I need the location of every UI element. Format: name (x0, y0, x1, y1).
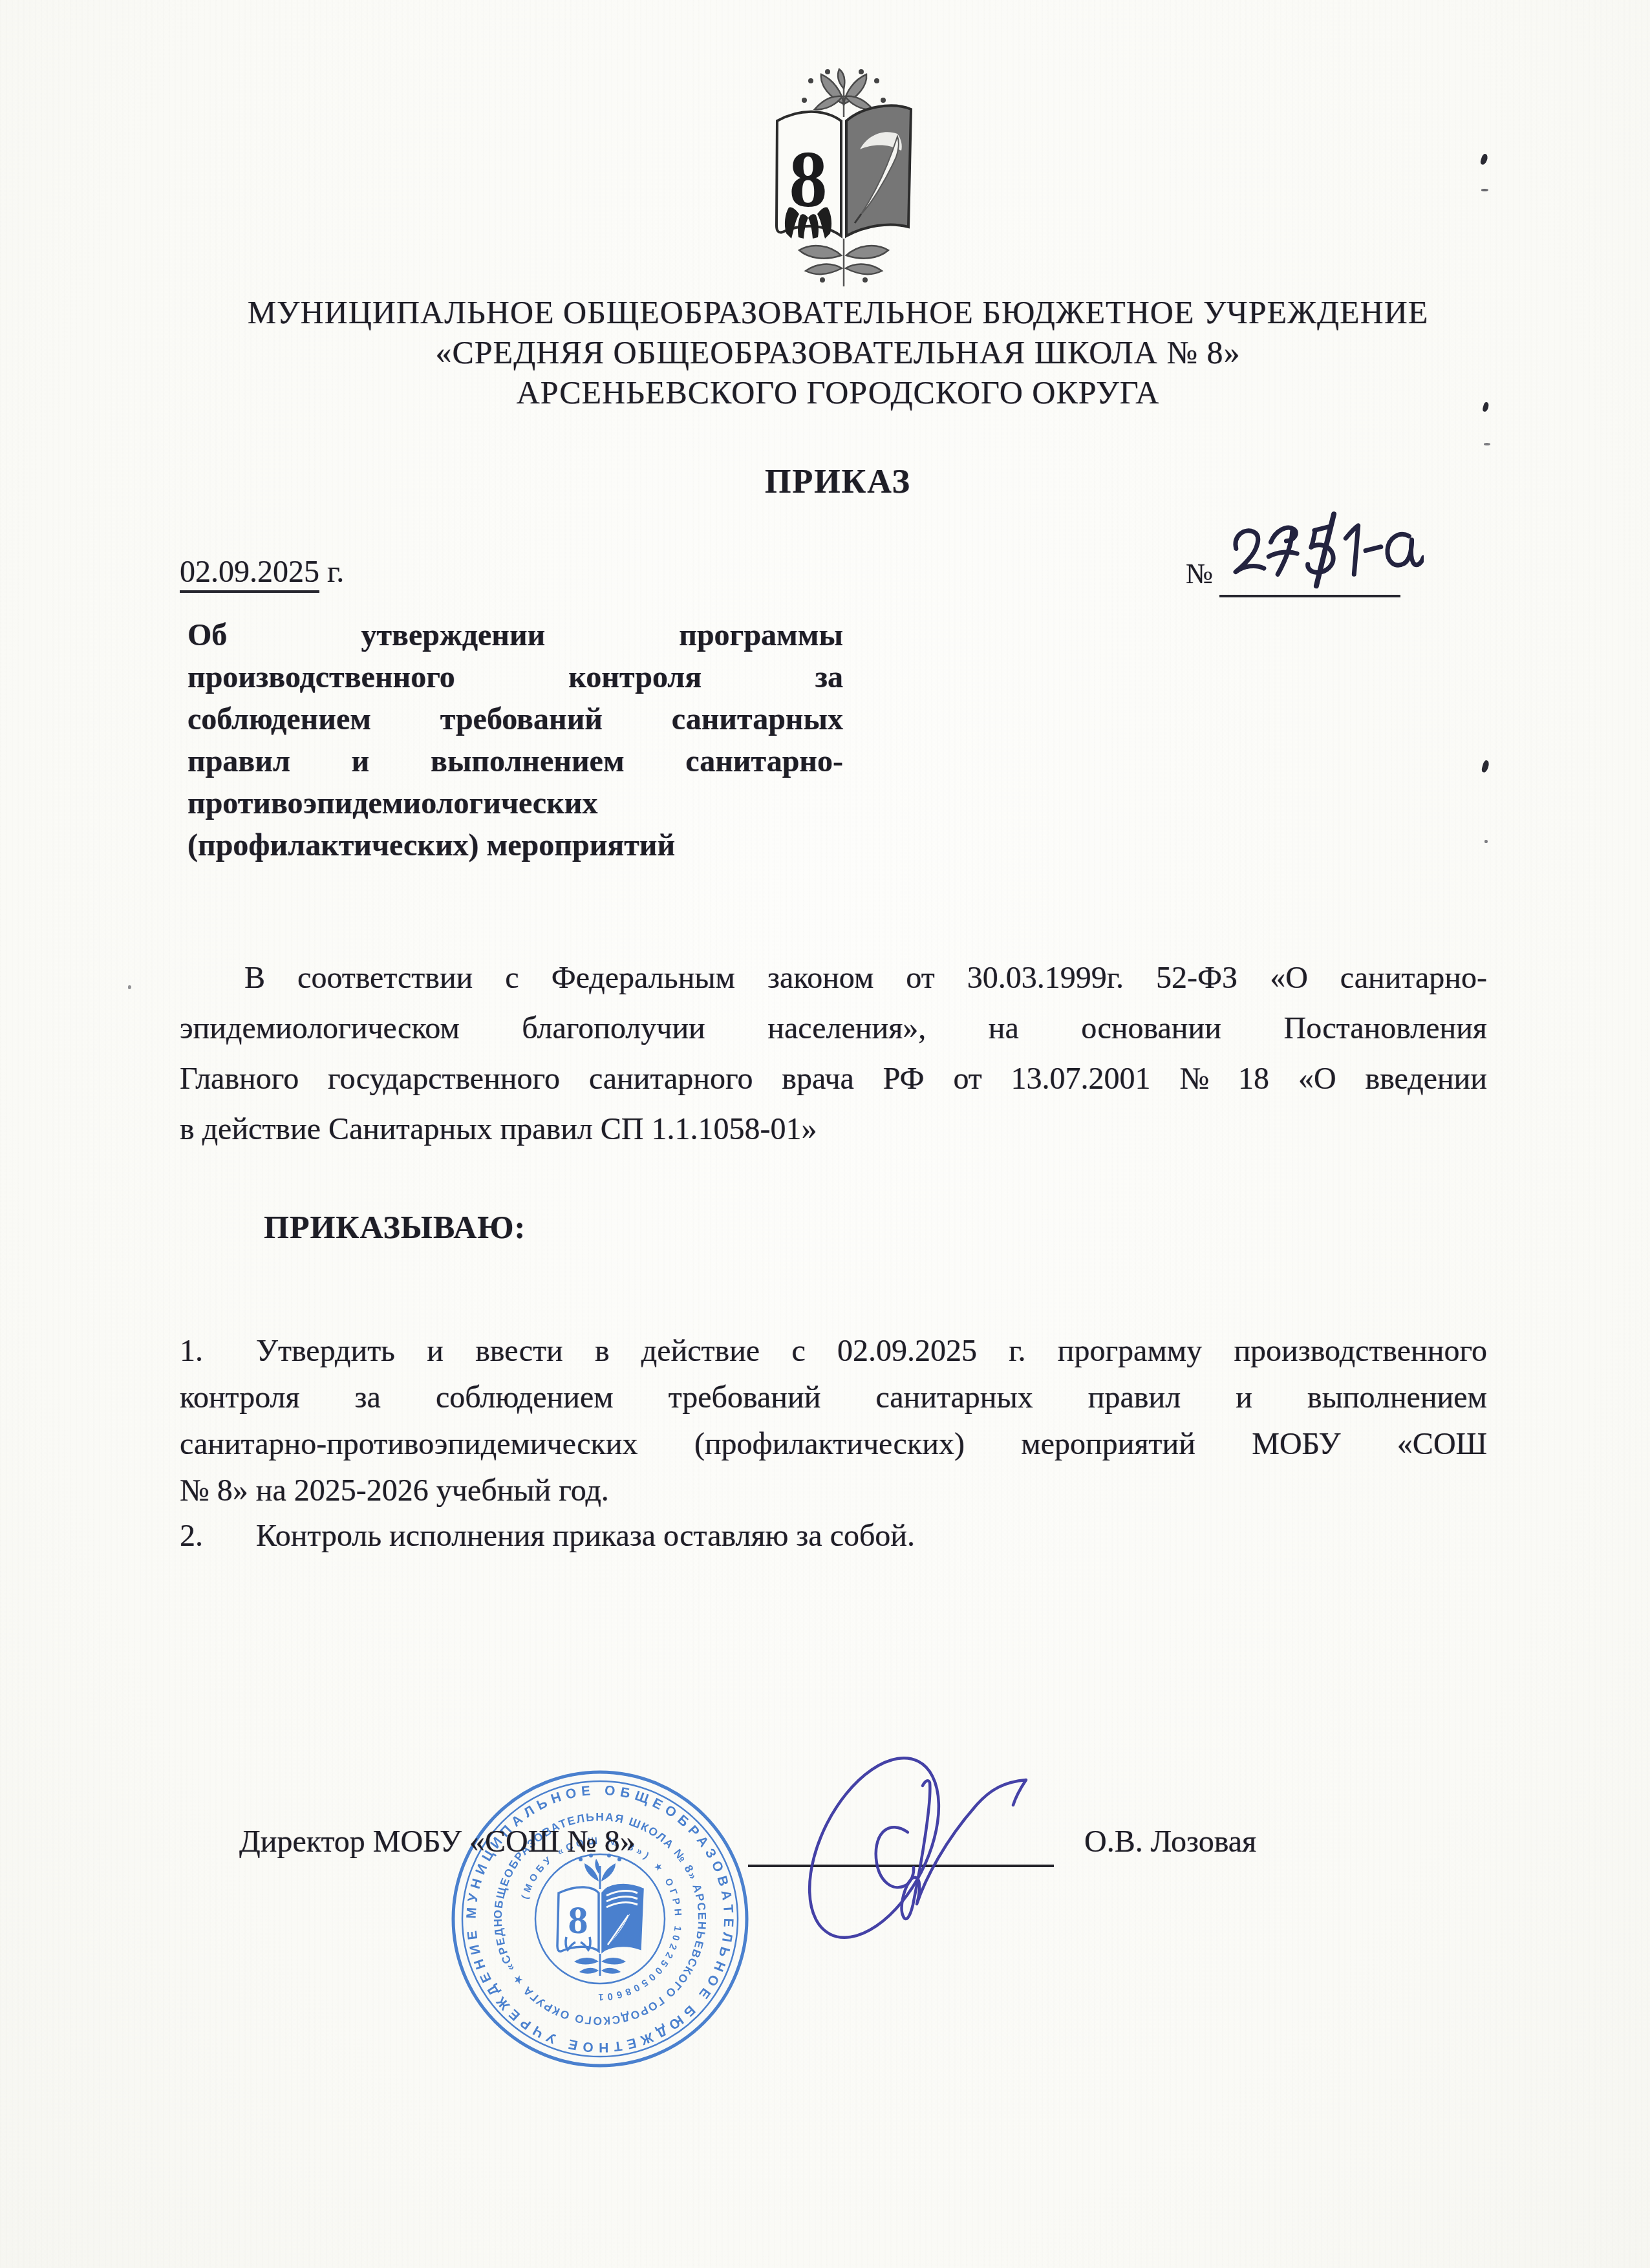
scan-speck (1481, 189, 1488, 191)
subject-block: Обутверждениипрограммыпроизводственногок… (187, 614, 843, 866)
doc-type-title: ПРИКАЗ (13, 462, 1650, 503)
document-page: 8 МУНИЦИПАЛЬНОЕ ОБЩЕОБРАЗОВАТЕЛЬНОЕ БЮДЖ… (0, 0, 1650, 2268)
text-line: контролязасоблюдениемтребованийсанитарны… (180, 1375, 1487, 1421)
org-name-line-2: «СРЕДНЯЯ ОБЩЕОБРАЗОВАТЕЛЬНАЯ ШКОЛА № 8» (13, 332, 1650, 372)
scan-speck (1484, 443, 1490, 445)
signature-position: Директор МОБУ «СОШ № 8» (239, 1822, 636, 1862)
order-item-1: 1.Утвердитьиввестивдействиес02.09.2025г.… (180, 1328, 1487, 1514)
text-line: в действие Санитарных правил СП 1.1.1058… (180, 1104, 1487, 1155)
org-name-line-1: МУНИЦИПАЛЬНОЕ ОБЩЕОБРАЗОВАТЕЛЬНОЕ БЮДЖЕТ… (13, 292, 1650, 332)
text-line: эпидемиологическомблагополучиинаселения»… (180, 1003, 1487, 1054)
signature-name: О.В. Лозовая (1084, 1822, 1256, 1862)
stamp-center-number: 8 (568, 1898, 588, 1942)
text-line: Обутверждениипрограммы (187, 614, 843, 656)
text-line: № 8» на 2025-2026 учебный год. (180, 1468, 1487, 1514)
scan-speck (1480, 153, 1489, 166)
text-line: (профилактических) мероприятий (187, 824, 843, 866)
order-date-suffix: г. (319, 555, 344, 589)
round-stamp-icon: МУНИЦИПАЛЬНОЕ ОБЩЕОБРАЗОВАТЕЛЬНОЕ БЮДЖЕТ… (445, 1764, 755, 2074)
signature-ink-icon (776, 1743, 1041, 1956)
text-line: соблюдениемтребованийсанитарных (187, 698, 843, 740)
text-line: 2.Контроль исполнения приказа оставляю з… (180, 1513, 1487, 1559)
order-date-value: 02.09.2025 (180, 555, 319, 593)
text-line: ВсоответствиисФедеральнымзакономот30.03.… (180, 953, 1487, 1003)
resolution-word: ПРИКАЗЫВАЮ: (264, 1206, 526, 1248)
order-item-2: 2.Контроль исполнения приказа оставляю з… (180, 1513, 1487, 1559)
order-date: 02.09.2025 г. (180, 552, 344, 592)
stamp-center-emblem-icon: 8 (557, 1854, 643, 1976)
org-name: МУНИЦИПАЛЬНОЕ ОБЩЕОБРАЗОВАТЕЛЬНОЕ БЮДЖЕТ… (13, 292, 1650, 412)
text-line: 1.Утвердитьиввестивдействиес02.09.2025г.… (180, 1328, 1487, 1375)
text-line: Главногогосударственногосанитарноговрача… (180, 1054, 1487, 1104)
crest-right-panel (846, 105, 911, 236)
list-marker: 1. (180, 1328, 203, 1375)
text-line: правиливыполнениемсанитарно- (187, 740, 843, 782)
school-emblem-icon: 8 (763, 67, 925, 290)
intro-paragraph: ВсоответствиисФедеральнымзакономот30.03.… (180, 953, 1487, 1155)
list-marker: 2. (180, 1513, 203, 1559)
laurel-icon (799, 239, 888, 286)
scan-speck (1484, 840, 1488, 843)
text-line: противоэпидемиологических (187, 782, 843, 824)
org-name-line-3: АРСЕНЬЕВСКОГО ГОРОДСКОГО ОКРУГА (13, 372, 1650, 412)
scan-speck (128, 985, 131, 989)
order-number-label: № (1186, 556, 1213, 592)
text-line: санитарно-противоэпидемических(профилакт… (180, 1421, 1487, 1468)
scan-speck (1481, 760, 1490, 773)
text-line: производственногоконтроляза (187, 656, 843, 698)
handwritten-order-number-icon: 275/1-а (1217, 499, 1424, 603)
